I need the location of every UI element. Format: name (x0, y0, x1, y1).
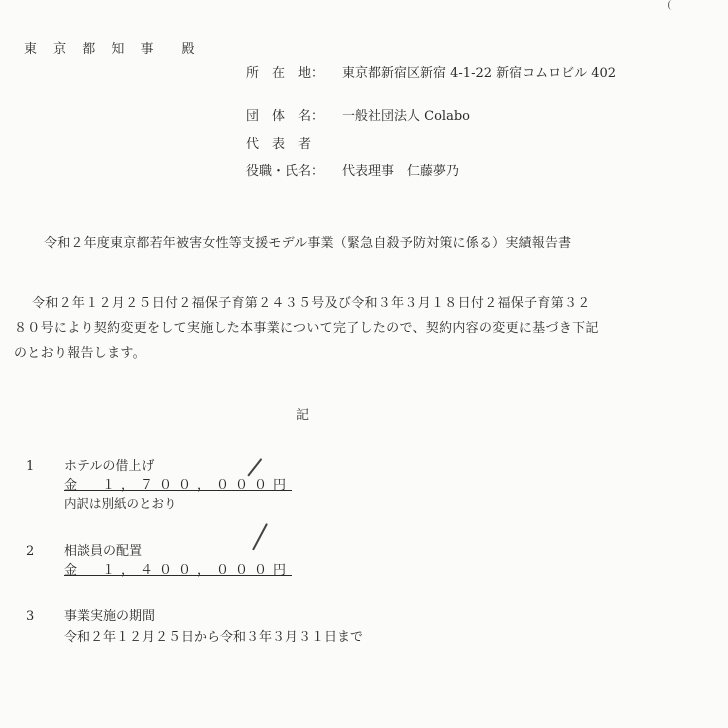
location-value: 東京都新宿区新宿 4-1-22 新宿コムロビル 402 (342, 66, 616, 81)
addressee-name: 東 京 都 知 事 (24, 42, 160, 57)
position-name-label: 役職・氏名： (246, 160, 342, 179)
item-1-note: 内訳は別紙のとおり (64, 494, 177, 512)
ki-heading: 記 (296, 404, 309, 423)
addressee: 東 京 都 知 事殿 (24, 38, 195, 57)
representative-label: 代 表 者 (246, 133, 342, 152)
document-title: 令和２年度東京都若年被害女性等支援モデル事業（緊急自殺予防対策に係る）実績報告書 (44, 232, 571, 251)
item-2-number: 2 (26, 544, 64, 559)
body-line-1: 令和２年１２月２５日付２福保子育第２４３５号及び令和３年３月１８日付２福保子育第… (32, 292, 591, 311)
addressee-honorific: 殿 (182, 42, 195, 57)
representative-field: 代 表 者 (246, 133, 342, 152)
position-name-field: 役職・氏名：代表理事 仁藤夢乃 (246, 160, 459, 179)
item-1-heading: ホテルの借上げ (64, 459, 154, 474)
organization-value: 一般社団法人 Colabo (342, 109, 470, 124)
scan-artifact-mark (668, 0, 675, 10)
organization-field: 団 体 名：一般社団法人 Colabo (246, 105, 470, 124)
item-3-number: 3 (26, 609, 64, 624)
item-1-number: 1 (26, 459, 64, 474)
position-name-value: 代表理事 仁藤夢乃 (342, 164, 459, 179)
location-field: 所 在 地：東京都新宿区新宿 4-1-22 新宿コムロビル 402 (246, 62, 616, 81)
item-2-amount: 金 １，４００，０００円 (64, 559, 292, 578)
body-line-3: のとおり報告します。 (14, 342, 146, 361)
location-label: 所 在 地： (246, 62, 342, 81)
item-3-heading-row: 3事業実施の期間 (26, 605, 155, 624)
body-line-2: ８０号により契約変更をして実施した本事業について完了したので、契約内容の変更に基… (14, 317, 599, 336)
organization-label: 団 体 名： (246, 105, 342, 124)
pen-check-mark-2 (252, 523, 268, 550)
item-2-heading: 相談員の配置 (64, 544, 142, 559)
item-2-heading-row: 2相談員の配置 (26, 540, 142, 559)
item-1-amount: 金 １，７００，０００円 (64, 474, 292, 493)
item-1-heading-row: 1ホテルの借上げ (26, 455, 154, 474)
item-3-heading: 事業実施の期間 (64, 609, 155, 624)
item-3-detail: 令和２年１２月２５日から令和３年３月３１日まで (64, 626, 363, 645)
